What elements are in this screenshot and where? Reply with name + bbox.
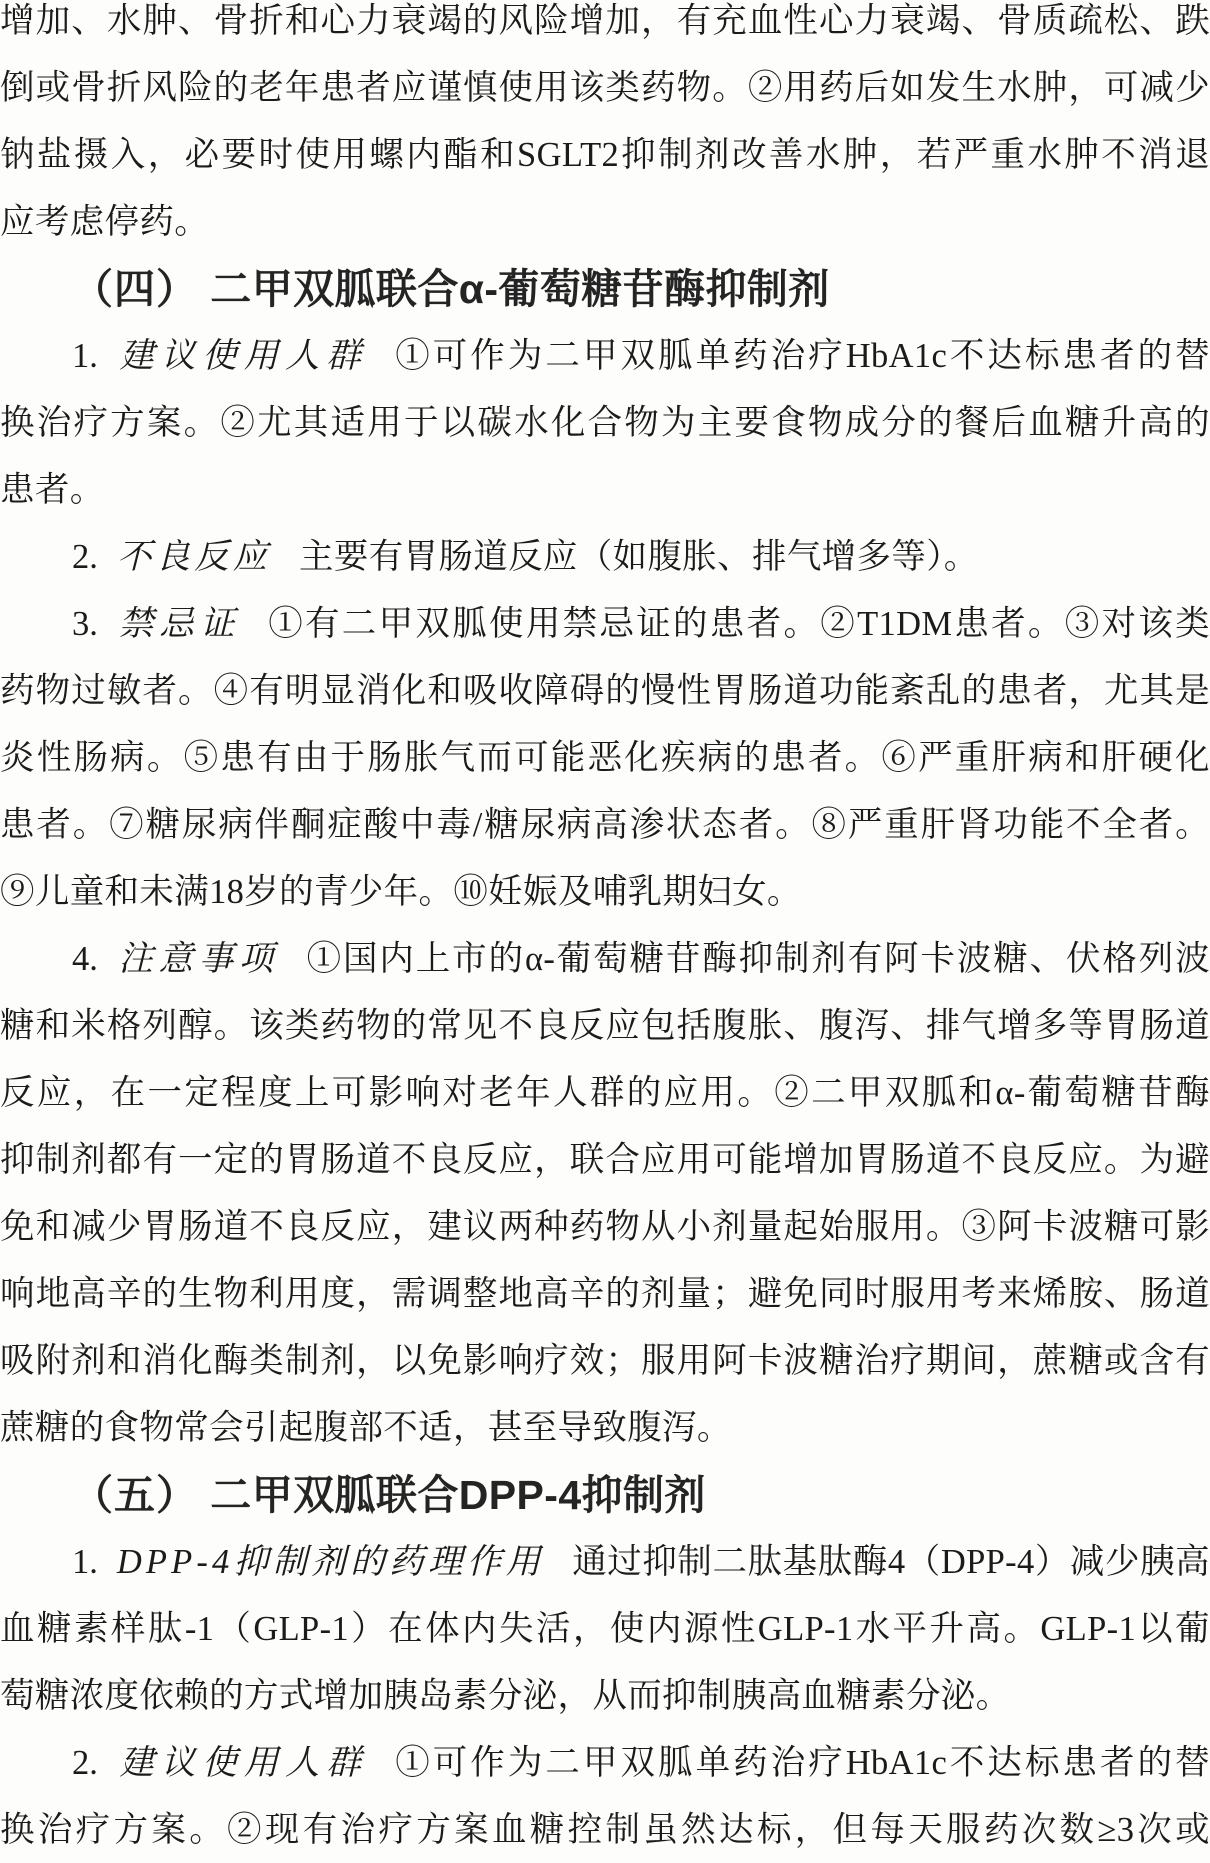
text-line: 1.DPP-4抑制剂的药理作用通过抑制二肽基肽酶4（DPP-4）减少胰高 (0, 1529, 1210, 1596)
text-line: 炎性肠病。⑤患有由于肠胀气而可能恶化疾病的患者。⑥严重肝病和肝硬化 (0, 725, 1210, 792)
text-line: 1.建议使用人群①可作为二甲双胍单药治疗HbA1c不达标患者的替 (0, 323, 1210, 390)
item-number: 2. (72, 1744, 98, 1782)
text-line: 3.禁忌证①有二甲双胍使用禁忌证的患者。②T1DM患者。③对该类 (0, 591, 1210, 658)
text-line: 糖和米格列醇。该类药物的常见不良反应包括腹胀、腹泻、排气增多等胃肠道 (0, 993, 1210, 1060)
text-line: 反应，在一定程度上可影响对老年人群的应用。②二甲双胍和α-葡萄糖苷酶 (0, 1060, 1210, 1127)
item-number: 4. (72, 940, 98, 978)
item-number: 1. (72, 1543, 98, 1581)
text-line: 患者。 (0, 457, 1210, 524)
text-line: 钠盐摄入，必要时使用螺内酯和SGLT2抑制剂改善水肿，若严重水肿不消退 (0, 122, 1210, 189)
item-label: 建议使用人群 (117, 337, 368, 375)
heading-number: （五） (72, 1472, 198, 1518)
section-heading: （五）二甲双胍联合DPP-4抑制剂 (0, 1462, 1210, 1529)
text-line: 患者。⑦糖尿病伴酮症酸中毒/糖尿病高渗状态者。⑧严重肝肾功能不全者。 (0, 792, 1210, 859)
text-line: 吸附剂和消化酶类制剂，以免影响疗效；服用阿卡波糖治疗期间，蔗糖或含有 (0, 1328, 1210, 1395)
item-number: 2. (72, 538, 98, 576)
body-text: 吸附剂和消化酶类制剂，以免影响疗效；服用阿卡波糖治疗期间，蔗糖或含有 (0, 1342, 1210, 1380)
body-text: 通过抑制二肽基肽酶4（DPP-4）减少胰高 (572, 1543, 1210, 1581)
body-text: 萄糖浓度依赖的方式增加胰岛素分泌，从而抑制胰高血糖素分泌。 (0, 1677, 1011, 1715)
item-label: 不良反应 (117, 538, 272, 576)
body-text: 炎性肠病。⑤患有由于肠胀气而可能恶化疾病的患者。⑥严重肝病和肝硬化 (0, 739, 1210, 777)
text-line: 2.建议使用人群①可作为二甲双胍单药治疗HbA1c不达标患者的替 (0, 1730, 1210, 1797)
body-text: ①国内上市的α-葡萄糖苷酶抑制剂有阿卡波糖、伏格列波 (307, 940, 1210, 978)
body-text: ①有二甲双胍使用禁忌证的患者。②T1DM患者。③对该类 (268, 605, 1210, 643)
body-text: ①可作为二甲双胍单药治疗HbA1c不达标患者的替 (395, 1744, 1210, 1782)
heading-number: （四） (72, 266, 198, 312)
section-heading: （四）二甲双胍联合α-葡萄糖苷酶抑制剂 (0, 256, 1210, 323)
body-text: 换治疗方案。②尤其适用于以碳水化合物为主要食物成分的餐后血糖升高的 (0, 404, 1210, 442)
item-label: 注意事项 (117, 940, 279, 978)
text-line: 换治疗方案。②现有治疗方案血糖控制虽然达标，但每天服药次数≥3次或 (0, 1797, 1210, 1863)
text-line: 药物过敏者。④有明显消化和吸收障碍的慢性胃肠道功能紊乱的患者，尤其是 (0, 658, 1210, 725)
text-line: ⑨儿童和未满18岁的青少年。⑩妊娠及哺乳期妇女。 (0, 859, 1210, 926)
body-text: 主要有胃肠道反应（如腹胀、排气增多等）。 (299, 538, 979, 576)
page-text: 增加、水肿、骨折和心力衰竭的风险增加，有充血性心力衰竭、骨质疏松、跌倒或骨折风险… (0, 0, 1210, 1863)
text-line: 倒或骨折风险的老年患者应谨慎使用该类药物。②用药后如发生水肿，可减少 (0, 55, 1210, 122)
body-text: 抑制剂都有一定的胃肠道不良反应，联合应用可能增加胃肠道不良反应。为避 (0, 1141, 1210, 1179)
body-text: 药物过敏者。④有明显消化和吸收障碍的慢性胃肠道功能紊乱的患者，尤其是 (0, 672, 1210, 710)
body-text: 蔗糖的食物常会引起腹部不适，甚至导致腹泻。 (0, 1409, 732, 1447)
text-line: 4.注意事项①国内上市的α-葡萄糖苷酶抑制剂有阿卡波糖、伏格列波 (0, 926, 1210, 993)
text-line: 萄糖浓度依赖的方式增加胰岛素分泌，从而抑制胰高血糖素分泌。 (0, 1663, 1210, 1730)
text-line: 免和减少胃肠道不良反应，建议两种药物从小剂量起始服用。③阿卡波糖可影 (0, 1194, 1210, 1261)
body-text: 患者。⑦糖尿病伴酮症酸中毒/糖尿病高渗状态者。⑧严重肝肾功能不全者。 (0, 806, 1210, 844)
item-label: 禁忌证 (117, 605, 241, 643)
body-text: 反应，在一定程度上可影响对老年人群的应用。②二甲双胍和α-葡萄糖苷酶 (0, 1074, 1210, 1112)
body-text: 免和减少胃肠道不良反应，建议两种药物从小剂量起始服用。③阿卡波糖可影 (0, 1208, 1210, 1246)
heading-label: 二甲双胍联合α-葡萄糖苷酶抑制剂 (210, 266, 829, 312)
text-line: 换治疗方案。②尤其适用于以碳水化合物为主要食物成分的餐后血糖升高的 (0, 390, 1210, 457)
body-text: 血糖素样肽-1（GLP-1）在体内失活，使内源性GLP-1水平升高。GLP-1以… (0, 1610, 1210, 1648)
item-label: DPP-4抑制剂的药理作用 (117, 1543, 545, 1581)
text-line: 响地高辛的生物利用度，需调整地高辛的剂量；避免同时服用考来烯胺、肠道 (0, 1261, 1210, 1328)
item-number: 3. (72, 605, 98, 643)
text-line: 蔗糖的食物常会引起腹部不适，甚至导致腹泻。 (0, 1395, 1210, 1462)
body-text: 患者。 (0, 471, 105, 509)
heading-label: 二甲双胍联合DPP-4抑制剂 (210, 1472, 706, 1518)
body-text: ⑨儿童和未满18岁的青少年。⑩妊娠及哺乳期妇女。 (0, 873, 802, 911)
body-text: 倒或骨折风险的老年患者应谨慎使用该类药物。②用药后如发生水肿，可减少 (0, 69, 1210, 107)
item-label: 建议使用人群 (117, 1744, 368, 1782)
body-text: ①可作为二甲双胍单药治疗HbA1c不达标患者的替 (395, 337, 1210, 375)
document-viewport: { "page": { "background": "#fdfdfb", "te… (0, 0, 1210, 1863)
text-line: 2.不良反应主要有胃肠道反应（如腹胀、排气增多等）。 (0, 524, 1210, 591)
item-number: 1. (72, 337, 98, 375)
scanned-page: 增加、水肿、骨折和心力衰竭的风险增加，有充血性心力衰竭、骨质疏松、跌倒或骨折风险… (0, 0, 1210, 1863)
text-line: 应考虑停药。 (0, 189, 1210, 256)
body-text: 糖和米格列醇。该类药物的常见不良反应包括腹胀、腹泻、排气增多等胃肠道 (0, 1007, 1210, 1045)
body-text: 钠盐摄入，必要时使用螺内酯和SGLT2抑制剂改善水肿，若严重水肿不消退 (0, 136, 1210, 174)
text-line: 血糖素样肽-1（GLP-1）在体内失活，使内源性GLP-1水平升高。GLP-1以… (0, 1596, 1210, 1663)
text-line: 抑制剂都有一定的胃肠道不良反应，联合应用可能增加胃肠道不良反应。为避 (0, 1127, 1210, 1194)
body-text: 应考虑停药。 (0, 203, 209, 241)
body-text: 增加、水肿、骨折和心力衰竭的风险增加，有充血性心力衰竭、骨质疏松、跌 (0, 2, 1210, 40)
body-text: 响地高辛的生物利用度，需调整地高辛的剂量；避免同时服用考来烯胺、肠道 (0, 1275, 1210, 1313)
body-text: 换治疗方案。②现有治疗方案血糖控制虽然达标，但每天服药次数≥3次或 (0, 1811, 1210, 1849)
text-line: 增加、水肿、骨折和心力衰竭的风险增加，有充血性心力衰竭、骨质疏松、跌 (0, 0, 1210, 55)
